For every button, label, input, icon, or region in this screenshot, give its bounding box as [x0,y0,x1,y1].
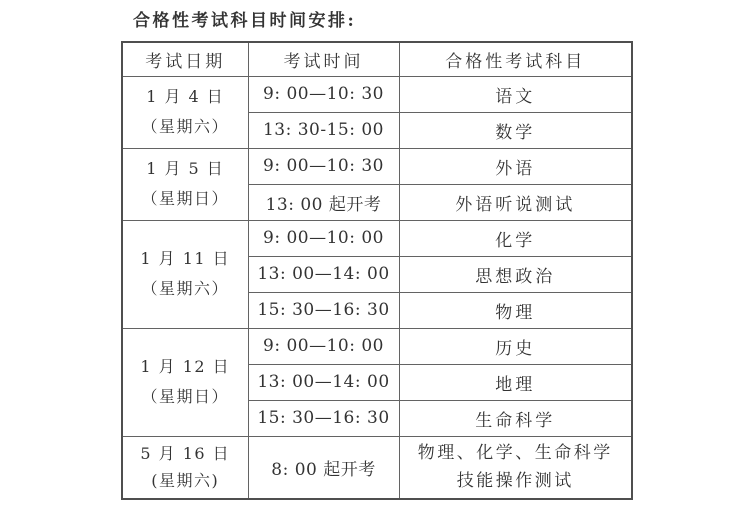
table-row: 1 月 11 日 （星期六） 9: 00—10: 00 化学 [122,220,632,256]
page-title: 合格性考试科目时间安排: [133,6,356,31]
weekday-text: （星期日） [123,184,248,214]
subject-cell: 思想政治 [399,256,632,292]
weekday-text: （星期六） [123,112,248,142]
time-cell: 9: 00—10: 00 [248,220,399,256]
table-row: 1 月 12 日 （星期日） 9: 00—10: 00 历史 [122,328,632,364]
header-exam-subject: 合格性考试科目 [399,42,632,76]
time-cell: 15: 30—16: 30 [248,400,399,436]
subject-cell: 外语听说测试 [399,184,632,220]
subject-cell: 历史 [399,328,632,364]
date-text: 1 月 5 日 [123,154,248,184]
subject-cell: 外语 [399,148,632,184]
time-cell: 15: 30—16: 30 [248,292,399,328]
date-cell-jan-5: 1 月 5 日 （星期日） [122,148,248,220]
date-text: 1 月 11 日 [123,244,248,274]
date-cell-jan-12: 1 月 12 日 （星期日） [122,328,248,436]
table-row: 1 月 5 日 （星期日） 9: 00—10: 30 外语 [122,148,632,184]
table-row: 1 月 4 日 （星期六） 9: 00—10: 30 语文 [122,76,632,112]
subject-text-line1: 物理、化学、生命科学 [400,439,632,467]
table-header-row: 考试日期 考试时间 合格性考试科目 [122,42,632,76]
table-row: 5 月 16 日 (星期六) 8: 00 起开考 物理、化学、生命科学 技能操作… [122,436,632,499]
header-exam-time: 考试时间 [248,42,399,76]
subject-cell: 语文 [399,76,632,112]
time-cell: 8: 00 起开考 [248,436,399,499]
subject-cell: 地理 [399,364,632,400]
date-cell-jan-11: 1 月 11 日 （星期六） [122,220,248,328]
time-cell: 13: 00—14: 00 [248,256,399,292]
weekday-text: （星期日） [123,382,248,412]
weekday-text: (星期六) [123,467,248,494]
date-text: 1 月 4 日 [123,82,248,112]
subject-cell: 生命科学 [399,400,632,436]
time-cell: 9: 00—10: 30 [248,76,399,112]
date-cell-may-16: 5 月 16 日 (星期六) [122,436,248,499]
date-text: 1 月 12 日 [123,352,248,382]
time-cell: 13: 00 起开考 [248,184,399,220]
subject-cell: 物理、化学、生命科学 技能操作测试 [399,436,632,499]
header-exam-date: 考试日期 [122,42,248,76]
time-cell: 13: 30-15: 00 [248,112,399,148]
subject-cell: 物理 [399,292,632,328]
subject-text-line2: 技能操作测试 [400,467,632,495]
exam-schedule-table: 考试日期 考试时间 合格性考试科目 1 月 4 日 （星期六） 9: 00—10… [121,41,633,500]
time-cell: 9: 00—10: 00 [248,328,399,364]
subject-cell: 化学 [399,220,632,256]
weekday-text: （星期六） [123,274,248,304]
time-cell: 13: 00—14: 00 [248,364,399,400]
date-cell-jan-4: 1 月 4 日 （星期六） [122,76,248,148]
date-text: 5 月 16 日 [123,440,248,467]
time-cell: 9: 00—10: 30 [248,148,399,184]
subject-cell: 数学 [399,112,632,148]
